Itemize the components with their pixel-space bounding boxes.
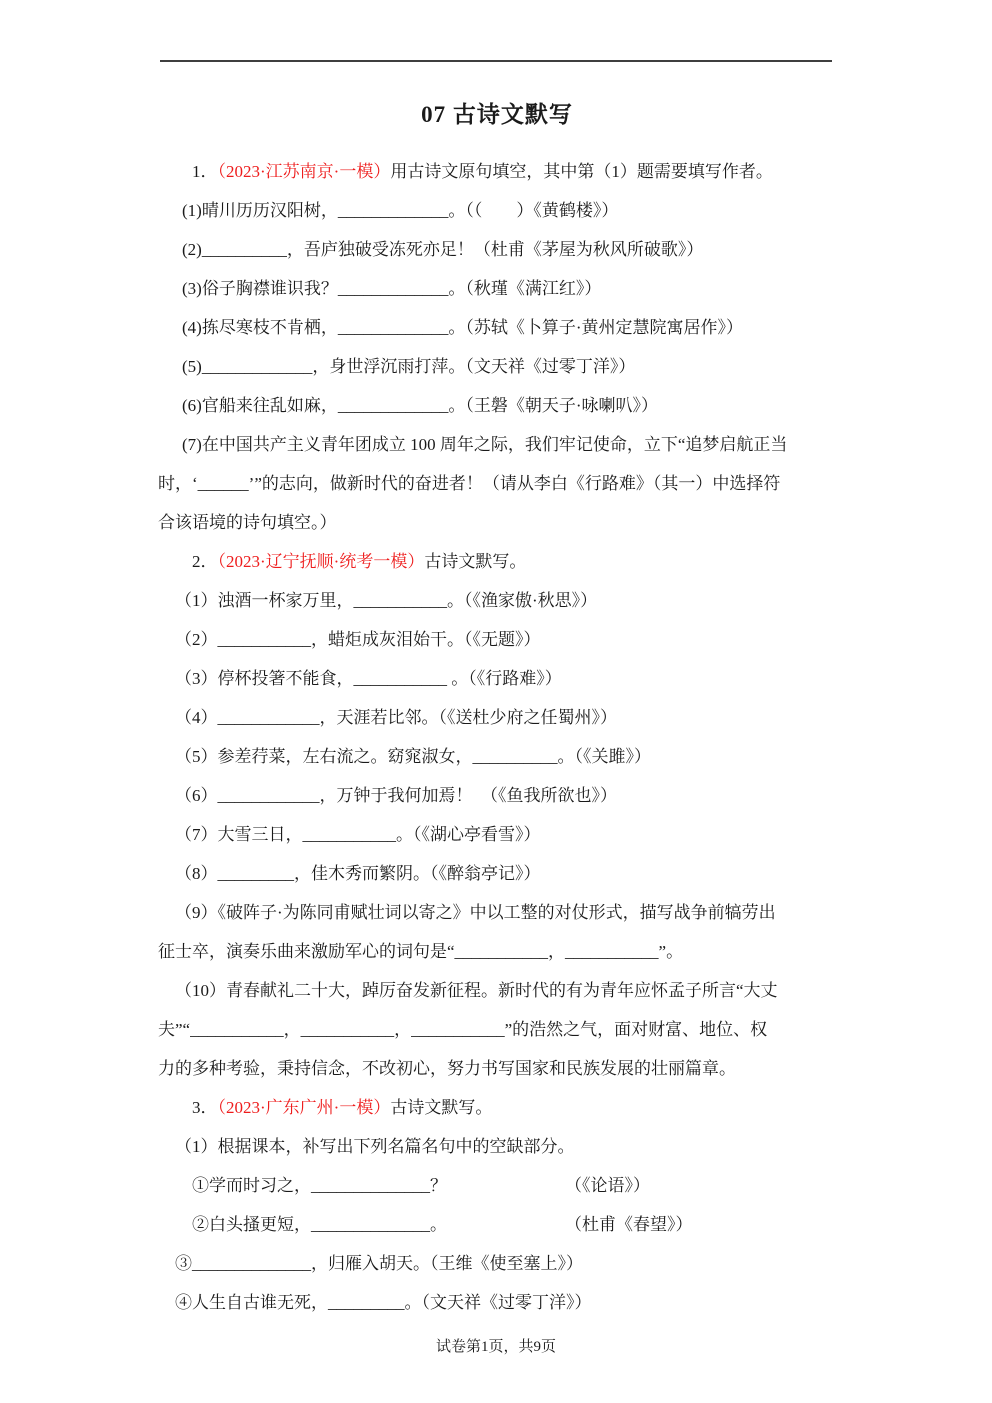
q3-sub-2: ②白头搔更短，______________。（杜甫《春望》）: [158, 1205, 836, 1244]
q1-item-4: (4)拣尽寒枝不肯栖，_____________。（苏轼《卜算子·黄州定慧院寓居…: [158, 308, 836, 347]
q1-item-6: (6)官船来往乱如麻，_____________。（王磐《朝天子·咏喇叭》）: [158, 386, 836, 425]
q2-item-9-line-2: 征士卒，演奏乐曲来激励军心的词句是“___________，__________…: [158, 932, 836, 971]
q1-item-7-line-3: 合该语境的诗句填空。）: [158, 503, 836, 542]
q1-item-2: (2)__________，吾庐独破受冻死亦足！（杜甫《茅屋为秋风所破歌》）: [158, 230, 836, 269]
q2-item-6: （6）____________，万钟于我何加焉！ （《鱼我所欲也》）: [158, 776, 836, 815]
q2-item-7: （7）大雪三日，___________。（《湖心亭看雪》）: [158, 815, 836, 854]
header-rule: [160, 60, 832, 62]
q3-sub-2-source: （杜甫《春望》）: [565, 1215, 693, 1234]
q1-item-7-line-1: (7)在中国共产主义青年团成立 100 周年之际，我们牢记使命，立下“追梦启航正…: [158, 425, 836, 464]
q3-sub-3: ③______________，归雁入胡天。（王维《使至塞上》）: [158, 1244, 836, 1283]
page-content: 07 古诗文默写 1．（2023·江苏南京·一模）用古诗文原句填空，其中第（1）…: [158, 95, 836, 1322]
q2-item-10-line-3: 力的多种考验，秉持信念，不改初心，努力书写国家和民族发展的壮丽篇章。: [158, 1049, 836, 1088]
q2-item-10-line-2: 夫”“___________，___________，___________”的…: [158, 1010, 836, 1049]
q1-item-7-line-2: 时，‘______’”的志向，做新时代的奋进者！（请从李白《行路难》（其一）中选…: [158, 464, 836, 503]
q3-sub-1-text: ①学而时习之，______________？: [175, 1166, 565, 1205]
q2-item-1: （1）浊酒一杯家万里，___________。（《渔家傲·秋思》）: [158, 581, 836, 620]
q1-citation: （2023·江苏南京·一模）: [218, 162, 391, 181]
q2-item-3: （3）停杯投箸不能食，___________ 。（《行路难》）: [158, 659, 836, 698]
q2-item-4: （4）____________，天涯若比邻。（《送杜少府之任蜀州》）: [158, 698, 836, 737]
q2-item-9-line-1: （9）《破阵子·为陈同甫赋壮词以寄之》中以工整的对仗形式，描写战争前犒劳出: [158, 893, 836, 932]
q1-number: 1．: [192, 162, 218, 181]
q3-sub-4: ④人生自古谁无死，_________。（文天祥《过零丁洋》）: [158, 1283, 836, 1322]
q2-item-8: （8）_________，佳木秀而繁阴。（《醉翁亭记》）: [158, 854, 836, 893]
q2-item-5: （5）参差荇菜，左右流之。窈窕淑女，__________。（《关雎》）: [158, 737, 836, 776]
q2-citation: （2023·辽宁抚顺·统考一模）: [218, 552, 425, 571]
q3-sub-1-source: （《论语》）: [565, 1176, 650, 1195]
q2-header: 2．（2023·辽宁抚顺·统考一模）古诗文默写。: [158, 542, 836, 581]
q1-item-3: (3)俗子胸襟谁识我？_____________。（秋瑾《满江红》）: [158, 269, 836, 308]
q1-header: 1．（2023·江苏南京·一模）用古诗文原句填空，其中第（1）题需要填写作者。: [158, 152, 836, 191]
q1-item-1: (1)晴川历历汉阳树，_____________。（（ ）《黄鹤楼》）: [158, 191, 836, 230]
q3-sub-2-text: ②白头搔更短，______________。: [175, 1205, 565, 1244]
page-title: 07 古诗文默写: [158, 95, 836, 134]
q1-intro: 用古诗文原句填空，其中第（1）题需要填写作者。: [390, 162, 773, 181]
q2-item-2: （2）___________，蜡炬成灰泪始干。（《无题》）: [158, 620, 836, 659]
q3-number: 3．: [192, 1098, 218, 1117]
q3-sub-intro: （1）根据课本，补写出下列名篇名句中的空缺部分。: [158, 1127, 836, 1166]
q3-sub-1: ①学而时习之，______________？（《论语》）: [158, 1166, 836, 1205]
q3-intro: 古诗文默写。: [390, 1098, 492, 1117]
q1-item-5: (5)_____________，身世浮沉雨打萍。（文天祥《过零丁洋》）: [158, 347, 836, 386]
q3-header: 3．（2023·广东广州·一模）古诗文默写。: [158, 1088, 836, 1127]
q2-intro: 古诗文默写。: [424, 552, 526, 571]
q2-number: 2．: [192, 552, 218, 571]
q3-citation: （2023·广东广州·一模）: [218, 1098, 391, 1117]
q2-item-10-line-1: （10）青春献礼二十大，踔厉奋发新征程。新时代的有为青年应怀孟子所言“大丈: [158, 971, 836, 1010]
exam-paper-page: 07 古诗文默写 1．（2023·江苏南京·一模）用古诗文原句填空，其中第（1）…: [0, 0, 992, 1403]
page-footer: 试卷第1页，共9页: [0, 1334, 992, 1360]
